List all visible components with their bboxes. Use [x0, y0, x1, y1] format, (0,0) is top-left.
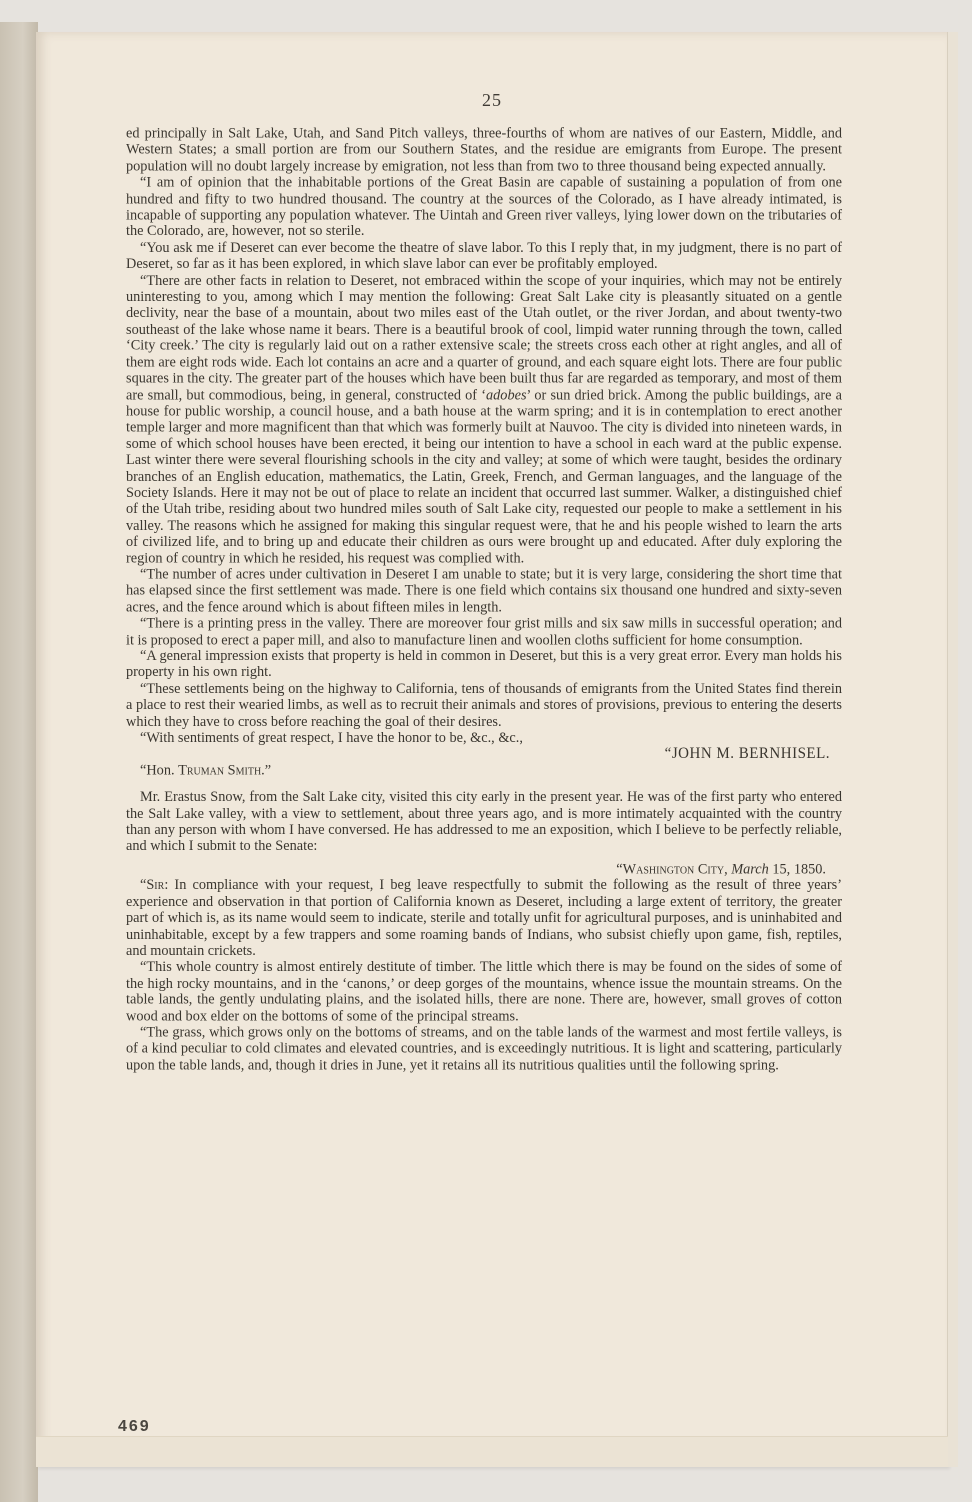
- paragraph-closing: “With sentiments of great respect, I hav…: [126, 730, 842, 746]
- paragraph-settlements: “These settlements being on the highway …: [126, 681, 842, 730]
- signature: “JOHN M. BERNHISEL.: [126, 747, 842, 763]
- dateline: “Washington City, March 15, 1850.: [126, 862, 842, 878]
- paragraph-timber: “This whole country is almost entirely d…: [126, 959, 842, 1024]
- paragraph-salt-lake-city: “There are other facts in relation to De…: [126, 273, 842, 567]
- paragraph-continuation: ed principally in Salt Lake, Utah, and S…: [126, 126, 842, 175]
- paragraph-population-capacity: “I am of opinion that the inhabitable po…: [126, 175, 842, 240]
- salutation: Sir: [146, 877, 164, 894]
- dateline-place: Washington City: [623, 860, 724, 877]
- paragraph-salutation: “Sir: In compliance with your request, I…: [126, 878, 842, 960]
- paragraph-erastus-snow: Mr. Erastus Snow, from the Salt Lake cit…: [126, 790, 842, 855]
- addressee-suffix: .”: [261, 762, 271, 779]
- addressee-prefix: “Hon.: [140, 762, 178, 779]
- addressee: “Hon. Truman Smith.”: [126, 763, 842, 779]
- paragraph-text: ’ or sun dried brick. Among the public b…: [126, 386, 842, 566]
- paragraph-grass: “The grass, which grows only on the bott…: [126, 1025, 842, 1074]
- document-number: 469: [118, 1418, 151, 1436]
- paragraph-text: : In compliance with your request, I beg…: [126, 877, 842, 959]
- italic-term: adobes: [486, 386, 527, 403]
- page-number: 25: [36, 90, 948, 111]
- addressee-name: Truman Smith: [178, 762, 261, 779]
- dateline-month: March: [731, 860, 769, 877]
- body-text: ed principally in Salt Lake, Utah, and S…: [126, 126, 842, 1074]
- paragraph-mills: “There is a printing press in the valley…: [126, 616, 842, 649]
- page-edge-right: [947, 32, 958, 1467]
- paragraph-cultivation: “The number of acres under cultivation i…: [126, 567, 842, 616]
- paragraph-slave-labor: “You ask me if Deseret can ever become t…: [126, 240, 842, 273]
- page-edge-bottom: [36, 1436, 948, 1467]
- paragraph-property: “A general impression exists that proper…: [126, 649, 842, 682]
- paragraph-text: “There are other facts in relation to De…: [126, 272, 842, 403]
- dateline-rest: 15, 1850.: [769, 860, 826, 877]
- previous-page-edge: [0, 22, 38, 1502]
